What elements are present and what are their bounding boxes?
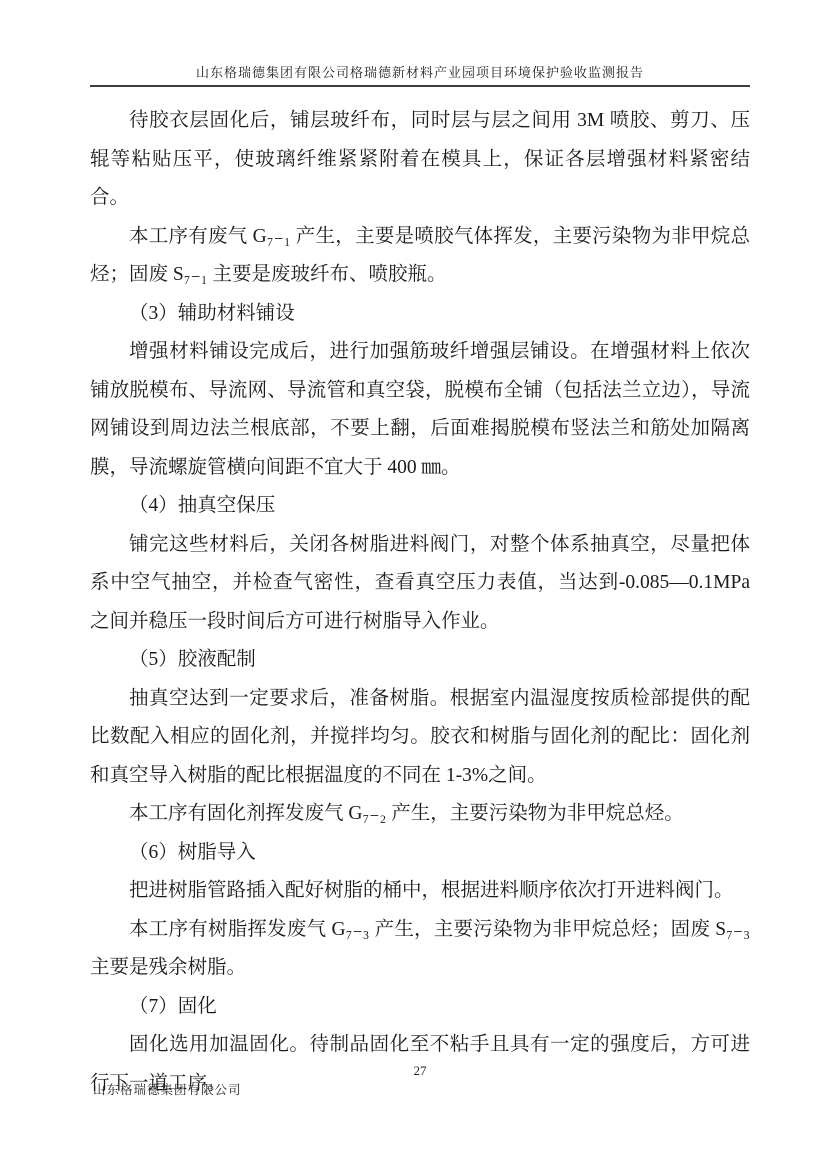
paragraph: 增强材料铺设完成后，进行加强筋玻纤增强层铺设。在增强材料上依次铺放脱模布、导流网… [90,333,750,487]
section-heading: （5）胶液配制 [90,641,750,680]
document-body: 待胶衣层固化后，铺层玻纤布，同时层与层之间用 3M 喷胶、剪刀、压辊等粘贴压平，… [90,102,750,1103]
section-heading: （7）固化 [90,988,750,1027]
section-heading: （6）树脂导入 [90,834,750,873]
section-heading: （3）辅助材料铺设 [90,295,750,334]
paragraph: 铺完这些材料后，关闭各树脂进料阀门，对整个体系抽真空，尽量把体系中空气抽空，并检… [90,526,750,642]
section-heading: （4）抽真空保压 [90,487,750,526]
header-divider-rule [90,85,750,87]
paragraph: 本工序有树脂挥发废气 G₇₋₃ 产生，主要污染物为非甲烷总烃；固废 S₇₋₃ 主… [90,911,750,988]
paragraph: 抽真空达到一定要求后，准备树脂。根据室内温湿度按质检部提供的配比数配入相应的固化… [90,680,750,796]
page-header-title: 山东格瑞德集团有限公司格瑞德新材料产业园项目环境保护验收监测报告 [90,62,750,81]
paragraph: 把进树脂管路插入配好树脂的桶中，根据进料顺序依次打开进料阀门。 [90,872,750,911]
footer-company-name: 山东格瑞德集团有限公司 [93,1080,242,1098]
document-page: 山东格瑞德集团有限公司格瑞德新材料产业园项目环境保护验收监测报告 待胶衣层固化后… [0,0,827,1169]
footer-page-number: 27 [90,1063,750,1079]
paragraph: 本工序有废气 G₇₋₁ 产生，主要是喷胶气体挥发，主要污染物为非甲烷总烃；固废 … [90,218,750,295]
paragraph: 本工序有固化剂挥发废气 G₇₋₂ 产生，主要污染物为非甲烷总烃。 [90,795,750,834]
paragraph: 待胶衣层固化后，铺层玻纤布，同时层与层之间用 3M 喷胶、剪刀、压辊等粘贴压平，… [90,102,750,218]
